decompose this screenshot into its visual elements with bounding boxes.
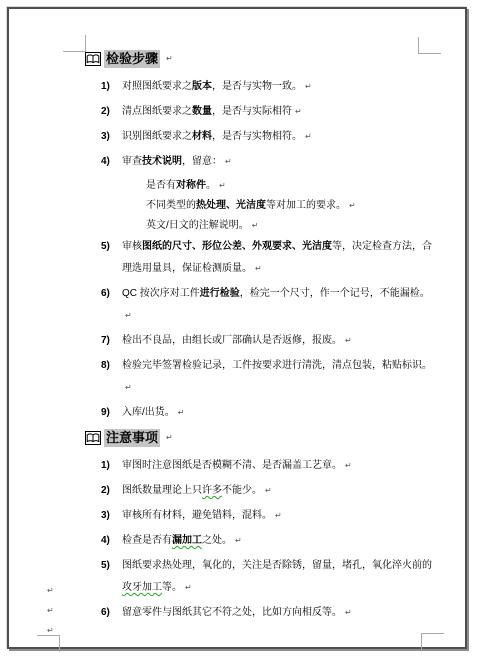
paragraph-return-mark: ↵ — [252, 221, 259, 230]
text-segment: 英文/日文的注解说明。 — [146, 220, 249, 231]
item-text: 审查技术说明，留意：↵ — [122, 151, 438, 173]
screenshot-root: { "page": { "kind": "word-print-view-pag… — [0, 0, 479, 659]
item-text: 图纸数量理论上只许多不能少。↵ — [122, 480, 438, 502]
item-number: 7) — [101, 330, 122, 352]
text-segment: 不同类型的 — [146, 200, 196, 211]
text-segment: ，是否与实物相符。 — [212, 131, 302, 142]
list-item: 4)审查技术说明，留意：↵ — [85, 151, 438, 173]
paragraph-return-mark: ↵ — [219, 181, 226, 190]
text-segment: ，留意： — [182, 156, 222, 167]
crop-mark-top-left — [63, 35, 86, 52]
open-book-icon — [85, 52, 101, 66]
text-segment: 图纸的尺寸、形位公差、外观要求、光洁度 — [142, 241, 332, 252]
text-segment: 对照图纸要求之 — [122, 81, 192, 92]
paragraph-return-mark: ↵ — [305, 82, 312, 91]
item-number: 5) — [101, 555, 122, 599]
paragraph-return-mark: ↵ — [47, 621, 54, 641]
paragraph-return-mark: ↵ — [166, 48, 173, 70]
item-number: 3) — [101, 126, 122, 148]
text-segment: 图纸要求热处理，氧化的，关注是否除锈，留量，堵孔，氧化淬火前的 — [122, 560, 432, 571]
item-text: 留意零件与图纸其它不符之处，比如方向相反等。↵ — [122, 602, 438, 624]
list-item: 4)检查是否有漏加工之处。↵ — [85, 530, 438, 552]
text-segment: 进行检验 — [200, 288, 240, 299]
list-item: 2)图纸数量理论上只许多不能少。↵ — [85, 480, 438, 502]
text-segment: 审核 — [122, 241, 142, 252]
text-segment: 不能少。 — [222, 485, 262, 496]
text-segment: 数量 — [192, 106, 212, 117]
paragraph-return-mark: ↵ — [305, 132, 312, 141]
text-segment: 漏加工 — [172, 535, 202, 546]
item-text: 审核所有材料，避免错料，混料。↵ — [122, 505, 438, 527]
paragraph-return-mark: ↵ — [225, 157, 232, 166]
text-segment: 对称件 — [176, 180, 206, 191]
list-item: 2)清点图纸要求之数量，是否与实际相符↵ — [85, 101, 438, 123]
text-segment: 审查 — [122, 156, 142, 167]
item-text: 审图时注意图纸是否模糊不清、是否漏盖工艺章。↵ — [122, 455, 438, 477]
text-segment: ，是否与实物一致。 — [212, 81, 302, 92]
list-item: 5)图纸要求热处理，氧化的，关注是否除锈，留量，堵孔，氧化淬火前的攻牙加工等。↵ — [85, 555, 438, 599]
document-body: 检验步骤↵1)对照图纸要求之版本，是否与实物一致。↵2)清点图纸要求之数量，是否… — [85, 49, 438, 627]
item-number: 1) — [101, 76, 122, 98]
item-number: 2) — [101, 101, 122, 123]
paragraph-return-mark: ↵ — [125, 311, 132, 320]
crop-mark-bottom-right — [421, 633, 444, 650]
paragraph-return-mark: ↵ — [265, 486, 272, 495]
item-number: 9) — [101, 402, 122, 424]
list-item: 6)QC 按次序对工件进行检验，检完一个尺寸，作一个记号，不能漏检。↵ — [85, 283, 438, 327]
item-text: 检查是否有漏加工之处。↵ — [122, 530, 438, 552]
item-text: 审核图纸的尺寸、形位公差、外观要求、光洁度等，决定检查方法，合理选用量具，保证检… — [122, 236, 438, 280]
document-page: 检验步骤↵1)对照图纸要求之版本，是否与实物一致。↵2)清点图纸要求之数量，是否… — [7, 7, 467, 649]
item-number: 4) — [101, 151, 122, 173]
paragraph-return-mark: ↵ — [275, 511, 282, 520]
item-text: 清点图纸要求之数量，是否与实际相符↵ — [122, 101, 438, 123]
paragraph-return-mark: ↵ — [185, 583, 192, 592]
text-segment: 图纸数量理论上只 — [122, 485, 202, 496]
section-title: 检验步骤 — [104, 50, 160, 68]
text-segment: ，是否与实际相符 — [212, 106, 292, 117]
list-item: 3)识别图纸要求之材料，是否与实物相符。↵ — [85, 126, 438, 148]
item-number: 4) — [101, 530, 122, 552]
text-segment: QC 按次序对工件 — [122, 288, 200, 299]
item-text: 入库/出货。↵ — [122, 402, 438, 424]
paragraph-return-mark: ↵ — [345, 608, 352, 617]
text-segment: 许多 — [202, 485, 222, 496]
text-segment: 是否有 — [146, 180, 176, 191]
sub-list-line: 是否有对称件。↵ — [85, 176, 438, 196]
paragraph-return-mark: ↵ — [345, 461, 352, 470]
item-number: 8) — [101, 355, 122, 399]
text-segment: 清点图纸要求之 — [122, 106, 192, 117]
item-number: 6) — [101, 283, 122, 327]
item-text: 对照图纸要求之版本，是否与实物一致。↵ — [122, 76, 438, 98]
item-number: 6) — [101, 602, 122, 624]
sub-list-line: 不同类型的热处理、光洁度等对加工的要求。↵ — [85, 196, 438, 216]
item-number: 5) — [101, 236, 122, 280]
text-segment: 热处理、光洁度 — [196, 200, 266, 211]
paragraph-return-mark: ↵ — [166, 427, 173, 449]
text-segment: 材料 — [192, 131, 212, 142]
text-segment: 检查是否有 — [122, 535, 172, 546]
text-segment: 攻牙加工 — [122, 582, 162, 593]
sub-list-line: 英文/日文的注解说明。↵ — [85, 216, 438, 236]
text-segment: ，检完一个尺寸，作一个记号，不能漏检。 — [240, 288, 430, 299]
text-segment: 技术说明 — [142, 156, 182, 167]
text-segment: 留意零件与图纸其它不符之处，比如方向相反等。 — [122, 607, 342, 618]
list-item: 1)审图时注意图纸是否模糊不清、是否漏盖工艺章。↵ — [85, 455, 438, 477]
text-segment: 审核所有材料，避免错料，混料。 — [122, 510, 272, 521]
paragraph-return-mark: ↵ — [295, 107, 302, 116]
item-text: 识别图纸要求之材料，是否与实物相符。↵ — [122, 126, 438, 148]
item-text: QC 按次序对工件进行检验，检完一个尺寸，作一个记号，不能漏检。↵ — [122, 283, 438, 327]
list-item: 5)审核图纸的尺寸、形位公差、外观要求、光洁度等，决定检查方法，合理选用量具，保… — [85, 236, 438, 280]
list-item: 6)留意零件与图纸其它不符之处，比如方向相反等。↵ — [85, 602, 438, 624]
text-segment: 等对加工的要求。 — [266, 200, 346, 211]
text-segment: 版本 — [192, 81, 212, 92]
paragraph-return-mark: ↵ — [125, 383, 132, 392]
item-number: 2) — [101, 480, 122, 502]
list-item: 7)检出不良品，由组长或厂部确认是否返修，报废。↵ — [85, 330, 438, 352]
paragraph-return-mark: ↵ — [345, 336, 352, 345]
text-segment: 之处。 — [202, 535, 232, 546]
list-item: 9)入库/出货。↵ — [85, 402, 438, 424]
list-item: 1)对照图纸要求之版本，是否与实物一致。↵ — [85, 76, 438, 98]
item-text: 检出不良品，由组长或厂部确认是否返修，报废。↵ — [122, 330, 438, 352]
paragraph-return-mark: ↵ — [47, 581, 54, 601]
text-segment: 等。 — [162, 582, 182, 593]
text-segment: 审图时注意图纸是否模糊不清、是否漏盖工艺章。 — [122, 460, 342, 471]
empty-paragraph-marks: ↵↵↵ — [47, 581, 54, 641]
list-item: 8)检验完毕签署检验记录，工件按要求进行清洗，清点包装，粘贴标识。↵ — [85, 355, 438, 399]
paragraph-return-mark: ↵ — [349, 201, 356, 210]
section-title: 注意事项 — [104, 429, 160, 447]
text-segment: 识别图纸要求之 — [122, 131, 192, 142]
item-text: 图纸要求热处理，氧化的，关注是否除锈，留量，堵孔，氧化淬火前的攻牙加工等。↵ — [122, 555, 438, 599]
text-segment: 检出不良品，由组长或厂部确认是否返修，报废。 — [122, 335, 342, 346]
list-item: 3)审核所有材料，避免错料，混料。↵ — [85, 505, 438, 527]
paragraph-return-mark: ↵ — [235, 536, 242, 545]
section-header: 注意事项↵ — [85, 428, 438, 448]
section-header: 检验步骤↵ — [85, 49, 438, 69]
text-segment: 检验完毕签署检验记录，工件按要求进行清洗，清点包装，粘贴标识。 — [122, 360, 432, 371]
item-number: 1) — [101, 455, 122, 477]
item-number: 3) — [101, 505, 122, 527]
item-text: 检验完毕签署检验记录，工件按要求进行清洗，清点包装，粘贴标识。↵ — [122, 355, 438, 399]
paragraph-return-mark: ↵ — [178, 408, 185, 417]
paragraph-return-mark: ↵ — [255, 264, 262, 273]
text-segment: 入库/出货。 — [122, 407, 175, 418]
text-segment: 。 — [206, 180, 216, 191]
paragraph-return-mark: ↵ — [47, 601, 54, 621]
open-book-icon — [85, 431, 101, 445]
